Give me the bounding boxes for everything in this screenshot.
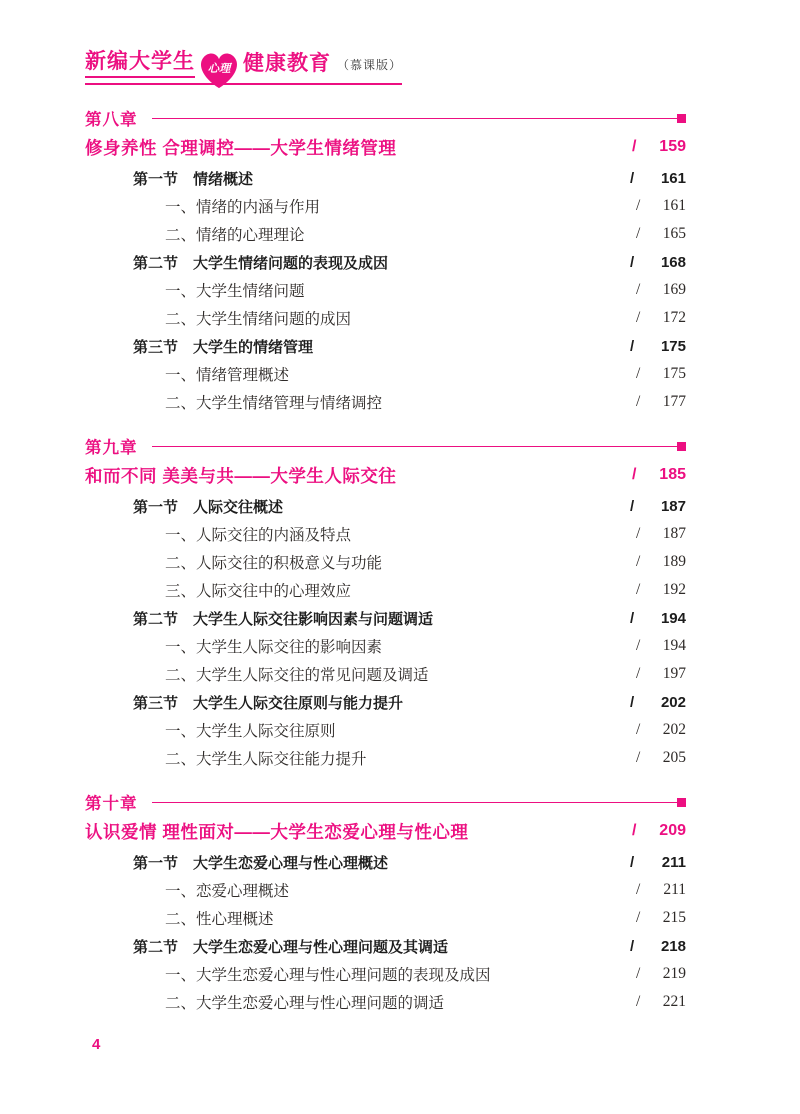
page-number-slash: / xyxy=(630,170,634,187)
chapter-entries: 第一节情绪概述/161一、情绪的内涵与作用/161二、情绪的心理理论/165第二… xyxy=(85,162,686,416)
page-number: 215 xyxy=(663,909,686,927)
toc-section-row: 第一节情绪概述/161 xyxy=(133,164,686,192)
entry-title: 情绪概述 xyxy=(193,168,253,189)
toc-subsection-row: 一、大学生情绪问题/169 xyxy=(165,276,686,304)
chapter-entries: 第一节大学生恋爱心理与性心理概述/211一、恋爱心理概述/211二、性心理概述/… xyxy=(85,846,686,1016)
toc-subsection-row: 三、人际交往中的心理效应/192 xyxy=(165,576,686,604)
page-number: 177 xyxy=(663,393,686,411)
page-number-slash: / xyxy=(630,938,634,955)
entry-title: 二、大学生人际交往能力提升 xyxy=(165,747,367,769)
page-number-slash: / xyxy=(630,254,634,271)
entry-title: 二、人际交往的积极意义与功能 xyxy=(165,551,382,573)
chapter-title-row: 认识爱情 理性面对——大学生恋爱心理与性心理/209 xyxy=(85,816,686,846)
entry-title: 大学生人际交往原则与能力提升 xyxy=(193,692,403,713)
page-number-group: /187 xyxy=(630,498,686,515)
toc-subsection-row: 一、恋爱心理概述/211 xyxy=(165,876,686,904)
toc-subsection-row: 二、大学生人际交往能力提升/205 xyxy=(165,744,686,772)
entry-title: 一、大学生人际交往原则 xyxy=(165,719,336,741)
chapter-label-row: 第八章 xyxy=(85,104,686,132)
page-number: 194 xyxy=(661,610,686,627)
toc: 第八章修身养性 合理调控——大学生情绪管理/159第一节情绪概述/161一、情绪… xyxy=(85,104,686,1016)
toc-subsection-row: 一、大学生人际交往原则/202 xyxy=(165,716,686,744)
section-label: 第二节 xyxy=(133,252,178,273)
page-number-slash: / xyxy=(636,581,640,599)
toc-subsection-row: 二、大学生恋爱心理与性心理问题的调适/221 xyxy=(165,988,686,1016)
toc-section-row: 第一节大学生恋爱心理与性心理概述/211 xyxy=(133,848,686,876)
page-number-group: /177 xyxy=(636,393,686,411)
page-number-group: /189 xyxy=(636,553,686,571)
page-number-slash: / xyxy=(630,610,634,627)
page-number: 211 xyxy=(663,881,686,899)
chapter-title-row: 和而不同 美美与共——大学生人际交往/185 xyxy=(85,460,686,490)
chapter-rule xyxy=(152,118,678,119)
page-number-slash: / xyxy=(636,281,640,299)
page-number-slash: / xyxy=(636,309,640,327)
page-number-group: /194 xyxy=(630,610,686,627)
page-number-slash: / xyxy=(636,225,640,243)
toc-section-row: 第三节大学生人际交往原则与能力提升/202 xyxy=(133,688,686,716)
page-number-group: /169 xyxy=(636,281,686,299)
page-number-slash: / xyxy=(636,393,640,411)
page-number-group: /209 xyxy=(632,822,686,840)
section-label: 第一节 xyxy=(133,168,178,189)
toc-subsection-row: 一、人际交往的内涵及特点/187 xyxy=(165,520,686,548)
page-number: 194 xyxy=(663,637,686,655)
section-label: 第二节 xyxy=(133,608,178,629)
page-number: 159 xyxy=(659,138,686,156)
chapter-rule-endcap xyxy=(677,114,686,123)
entry-title: 一、情绪的内涵与作用 xyxy=(165,195,320,217)
page-number-slash: / xyxy=(632,822,636,840)
chapter-block: 第八章修身养性 合理调控——大学生情绪管理/159第一节情绪概述/161一、情绪… xyxy=(85,104,686,416)
page-number-group: /187 xyxy=(636,525,686,543)
entry-title: 二、大学生情绪问题的成因 xyxy=(165,307,351,329)
book-masthead: 新编大学生 心理 健康教育 （慕课版） xyxy=(85,50,402,85)
page-number: 161 xyxy=(661,170,686,187)
page-number-group: /202 xyxy=(630,694,686,711)
page-number: 205 xyxy=(663,749,686,767)
chapter-rule xyxy=(152,802,678,803)
chapter-title: 和而不同 美美与共——大学生人际交往 xyxy=(85,463,396,488)
page-number-group: /165 xyxy=(636,225,686,243)
page-number: 202 xyxy=(663,721,686,739)
page-number: 211 xyxy=(662,854,686,871)
entry-title: 人际交往概述 xyxy=(193,496,283,517)
page-number-slash: / xyxy=(636,721,640,739)
page-number-slash: / xyxy=(636,665,640,683)
chapter-rule-endcap xyxy=(677,442,686,451)
toc-subsection-row: 二、人际交往的积极意义与功能/189 xyxy=(165,548,686,576)
masthead-title-right: 健康教育 xyxy=(243,52,331,75)
page-number-group: /185 xyxy=(632,466,686,484)
page-number-slash: / xyxy=(636,365,640,383)
chapter-label: 第十章 xyxy=(85,790,138,814)
entry-title: 大学生人际交往影响因素与问题调适 xyxy=(193,608,433,629)
chapter-title: 认识爱情 理性面对——大学生恋爱心理与性心理 xyxy=(85,819,468,844)
entry-title: 大学生情绪问题的表现及成因 xyxy=(193,252,388,273)
page-number-slash: / xyxy=(636,637,640,655)
page-number: 187 xyxy=(661,498,686,515)
chapter-label-row: 第九章 xyxy=(85,432,686,460)
chapter-label-row: 第十章 xyxy=(85,788,686,816)
page-number-group: /221 xyxy=(636,993,686,1011)
page-number: 202 xyxy=(661,694,686,711)
toc-subsection-row: 一、大学生人际交往的影响因素/194 xyxy=(165,632,686,660)
page-number-slash: / xyxy=(636,965,640,983)
entry-title: 大学生恋爱心理与性心理问题及其调适 xyxy=(193,936,448,957)
page-number-slash: / xyxy=(636,909,640,927)
page-number-slash: / xyxy=(636,749,640,767)
section-label: 第一节 xyxy=(133,496,178,517)
page-number-slash: / xyxy=(636,553,640,571)
page-number: 219 xyxy=(663,965,686,983)
page-number-group: /159 xyxy=(632,138,686,156)
masthead-edition: （慕课版） xyxy=(337,56,402,73)
page-number-slash: / xyxy=(630,338,634,355)
page-number-slash: / xyxy=(636,993,640,1011)
toc-section-row: 第一节人际交往概述/187 xyxy=(133,492,686,520)
entry-title: 一、大学生情绪问题 xyxy=(165,279,305,301)
page-number-group: /197 xyxy=(636,665,686,683)
toc-section-row: 第三节大学生的情绪管理/175 xyxy=(133,332,686,360)
entry-title: 二、大学生恋爱心理与性心理问题的调适 xyxy=(165,991,444,1013)
masthead-title-left: 新编大学生 xyxy=(85,50,195,77)
chapter-title-row: 修身养性 合理调控——大学生情绪管理/159 xyxy=(85,132,686,162)
toc-subsection-row: 一、情绪的内涵与作用/161 xyxy=(165,192,686,220)
entry-title: 大学生恋爱心理与性心理概述 xyxy=(193,852,388,873)
entry-title: 一、恋爱心理概述 xyxy=(165,879,289,901)
chapter-label: 第八章 xyxy=(85,106,138,130)
toc-subsection-row: 一、大学生恋爱心理与性心理问题的表现及成因/219 xyxy=(165,960,686,988)
page-number-group: /192 xyxy=(636,581,686,599)
page-number-group: /175 xyxy=(636,365,686,383)
toc-subsection-row: 二、大学生情绪管理与情绪调控/177 xyxy=(165,388,686,416)
page-number-group: /172 xyxy=(636,309,686,327)
page-number-group: /194 xyxy=(636,637,686,655)
entry-title: 二、情绪的心理理论 xyxy=(165,223,305,245)
page-number: 175 xyxy=(661,338,686,355)
page-number-slash: / xyxy=(636,881,640,899)
entry-title: 二、大学生情绪管理与情绪调控 xyxy=(165,391,382,413)
chapter-rule-endcap xyxy=(677,798,686,807)
toc-subsection-row: 二、性心理概述/215 xyxy=(165,904,686,932)
entry-title: 一、大学生人际交往的影响因素 xyxy=(165,635,382,657)
page-number: 192 xyxy=(663,581,686,599)
book-toc-page: 新编大学生 心理 健康教育 （慕课版） 第八章修身养性 合理调控——大学生情绪管… xyxy=(0,0,800,1114)
page-number: 185 xyxy=(659,466,686,484)
page-number: 168 xyxy=(661,254,686,271)
toc-section-row: 第二节大学生情绪问题的表现及成因/168 xyxy=(133,248,686,276)
section-label: 第一节 xyxy=(133,852,178,873)
entry-title: 一、情绪管理概述 xyxy=(165,363,289,385)
page-number-slash: / xyxy=(632,138,636,156)
page-number-group: /219 xyxy=(636,965,686,983)
chapter-entries: 第一节人际交往概述/187一、人际交往的内涵及特点/187二、人际交往的积极意义… xyxy=(85,490,686,772)
entry-title: 三、人际交往中的心理效应 xyxy=(165,579,351,601)
chapter-block: 第十章认识爱情 理性面对——大学生恋爱心理与性心理/209第一节大学生恋爱心理与… xyxy=(85,788,686,1016)
chapter-block: 第九章和而不同 美美与共——大学生人际交往/185第一节人际交往概述/187一、… xyxy=(85,432,686,772)
toc-subsection-row: 一、情绪管理概述/175 xyxy=(165,360,686,388)
toc-section-row: 第二节大学生人际交往影响因素与问题调适/194 xyxy=(133,604,686,632)
page-number: 169 xyxy=(663,281,686,299)
page-number-group: /215 xyxy=(636,909,686,927)
section-label: 第二节 xyxy=(133,936,178,957)
page-number-group: /211 xyxy=(630,854,686,871)
page-number: 221 xyxy=(663,993,686,1011)
entry-title: 一、大学生恋爱心理与性心理问题的表现及成因 xyxy=(165,963,491,985)
page-number-slash: / xyxy=(632,466,636,484)
page-number-slash: / xyxy=(636,197,640,215)
page-number-group: /218 xyxy=(630,938,686,955)
page-number-group: /211 xyxy=(636,881,686,899)
page-number-slash: / xyxy=(630,694,634,711)
toc-section-row: 第二节大学生恋爱心理与性心理问题及其调适/218 xyxy=(133,932,686,960)
chapter-rule xyxy=(152,446,678,447)
page-number-slash: / xyxy=(636,525,640,543)
chapter-title: 修身养性 合理调控——大学生情绪管理 xyxy=(85,135,396,160)
section-label: 第三节 xyxy=(133,336,178,357)
toc-subsection-row: 二、情绪的心理理论/165 xyxy=(165,220,686,248)
page-number-group: /168 xyxy=(630,254,686,271)
page-number: 172 xyxy=(663,309,686,327)
page-number: 218 xyxy=(661,938,686,955)
heart-icon: 心理 xyxy=(197,50,241,90)
page-number-group: /161 xyxy=(630,170,686,187)
page-number-group: /175 xyxy=(630,338,686,355)
page-number: 187 xyxy=(663,525,686,543)
toc-subsection-row: 二、大学生人际交往的常见问题及调适/197 xyxy=(165,660,686,688)
page-number: 189 xyxy=(663,553,686,571)
page-number-slash: / xyxy=(630,854,634,871)
page-number-slash: / xyxy=(630,498,634,515)
page-number: 175 xyxy=(663,365,686,383)
section-label: 第三节 xyxy=(133,692,178,713)
entry-title: 二、性心理概述 xyxy=(165,907,274,929)
page-number: 161 xyxy=(663,197,686,215)
entry-title: 一、人际交往的内涵及特点 xyxy=(165,523,351,545)
page-number-group: /202 xyxy=(636,721,686,739)
folio-page-number: 4 xyxy=(92,1036,100,1053)
page-number-group: /161 xyxy=(636,197,686,215)
page-number: 209 xyxy=(659,822,686,840)
page-number: 197 xyxy=(663,665,686,683)
entry-title: 大学生的情绪管理 xyxy=(193,336,313,357)
entry-title: 二、大学生人际交往的常见问题及调适 xyxy=(165,663,429,685)
toc-subsection-row: 二、大学生情绪问题的成因/172 xyxy=(165,304,686,332)
page-number: 165 xyxy=(663,225,686,243)
heart-icon-text: 心理 xyxy=(208,62,233,75)
chapter-label: 第九章 xyxy=(85,434,138,458)
page-number-group: /205 xyxy=(636,749,686,767)
